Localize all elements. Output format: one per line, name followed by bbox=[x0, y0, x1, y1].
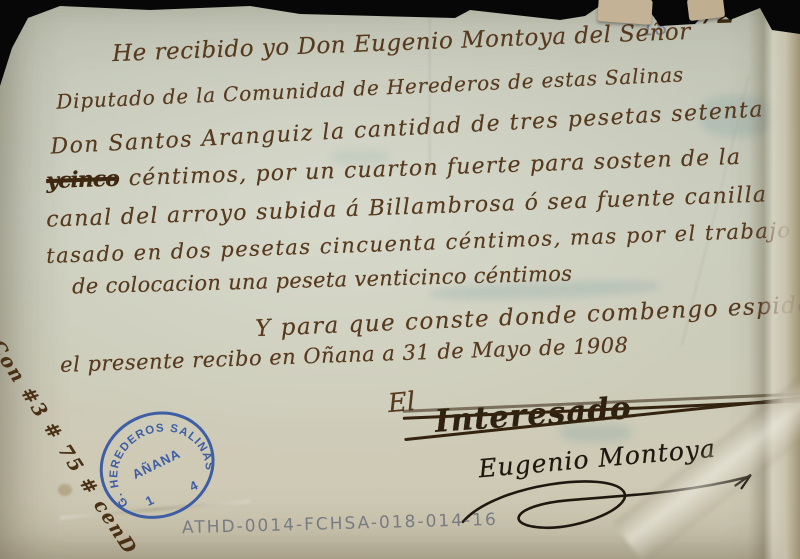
closing-el: El bbox=[387, 387, 417, 419]
receipt-line-1: He recibido yo Don Eugenio Montoya del S… bbox=[112, 19, 692, 67]
receipt-line-8: Y para que conste donde combengo espido bbox=[255, 292, 800, 342]
paper-stain bbox=[58, 484, 72, 496]
receipt-line-4-text: céntimos, por un cuarton fuerte para sos… bbox=[128, 145, 741, 191]
stamp-digit-left: 1 bbox=[143, 492, 156, 509]
stamp-digit-right: 4 bbox=[187, 477, 201, 494]
scanned-receipt-document: 18 72 He recibido yo Don Eugenio Montoya… bbox=[0, 0, 800, 559]
archive-reference-code: ATHD-0014-FCHSA-018-014-16 bbox=[182, 510, 498, 538]
torn-paper-tab bbox=[597, 0, 653, 25]
struck-out-word: ycinco bbox=[46, 166, 119, 195]
stamp-center-text: AÑANA bbox=[130, 446, 183, 482]
receipt-line-7: de colocacion una peseta venticinco cént… bbox=[72, 261, 573, 298]
receipt-line-9: el presente recibo en Oñana a 31 de Mayo… bbox=[60, 333, 629, 377]
